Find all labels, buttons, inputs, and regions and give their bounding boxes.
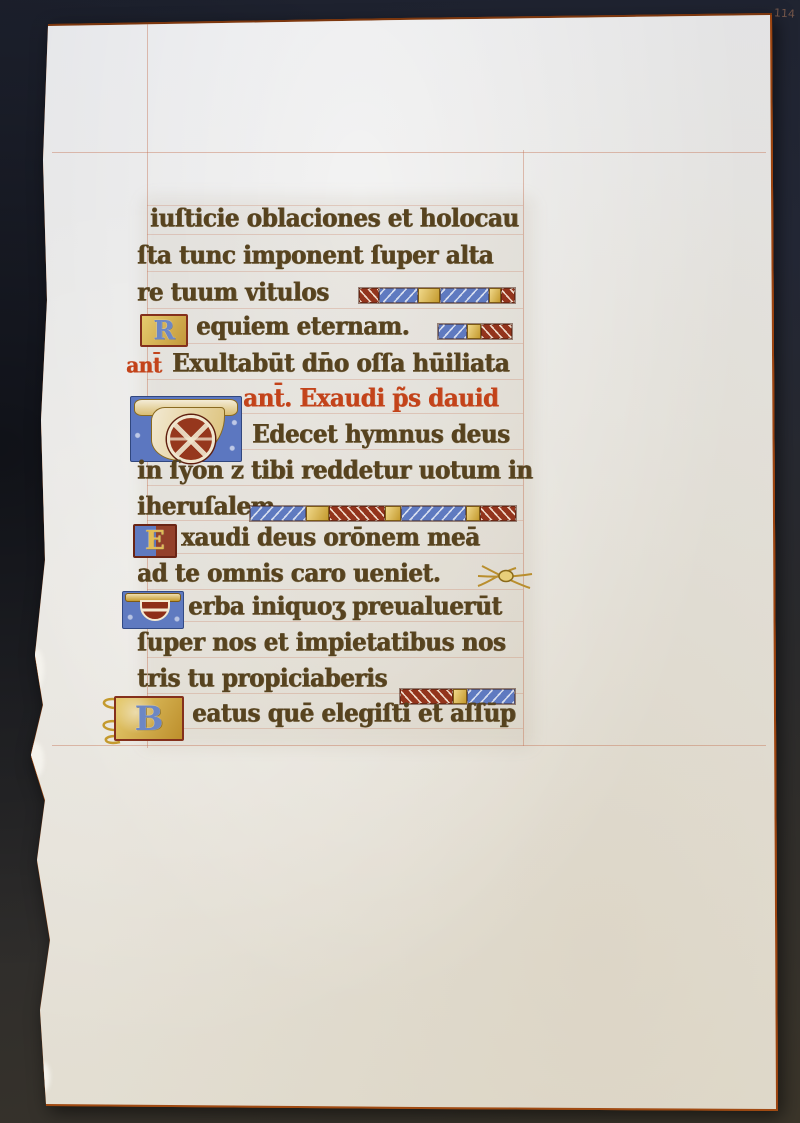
text-line: erba iniquoʒ preualuerūt bbox=[188, 592, 502, 621]
filler-segment bbox=[501, 288, 515, 303]
ruling-line bbox=[52, 152, 766, 153]
text-line: Edecet hymnus deus bbox=[252, 420, 510, 449]
initial-letter: E bbox=[145, 526, 165, 556]
text-line: tris tu propiciaberis bbox=[137, 664, 387, 693]
filler-segment bbox=[359, 288, 379, 303]
illuminated-initial-T bbox=[130, 396, 242, 462]
filler-segment bbox=[480, 506, 516, 521]
manuscript-leaf: iuſticie oblaciones et holocau ſta tunc … bbox=[0, 0, 800, 1123]
deckle-tear bbox=[26, 742, 44, 778]
ruling-line bbox=[147, 271, 523, 272]
ruling-line bbox=[147, 343, 523, 344]
text-line: re tuum vitulos bbox=[137, 278, 329, 307]
filler-segment bbox=[306, 506, 330, 521]
filler-segment bbox=[440, 288, 489, 303]
initial-letter: R bbox=[153, 316, 175, 346]
filler-segment bbox=[385, 506, 401, 521]
filler-segment bbox=[466, 506, 480, 521]
filler-segment bbox=[379, 288, 418, 303]
filler-segment bbox=[401, 506, 467, 521]
text-line: iuſticie oblaciones et holocau bbox=[150, 204, 519, 233]
illuminated-initial-E: E bbox=[133, 524, 177, 558]
filler-segment bbox=[418, 288, 440, 303]
deckle-tear bbox=[28, 648, 44, 690]
text-line: eatus quē elegiſti et aſſūp bbox=[192, 699, 515, 728]
text-line: ſta tunc imponent ſuper alta bbox=[137, 241, 493, 270]
rubric-abbrev: ant̄ bbox=[126, 352, 162, 378]
filler-segment bbox=[489, 288, 501, 303]
text-line: equiem eternam. bbox=[196, 312, 409, 341]
text-line: ad te omnis caro ueniet. bbox=[137, 559, 440, 588]
filler-segment bbox=[438, 324, 467, 339]
text-line: in ſyon z tibi reddetur uotum in bbox=[137, 456, 532, 485]
line-filler bbox=[358, 287, 516, 304]
photo-mat-background: iuſticie oblaciones et holocau ſta tunc … bbox=[0, 0, 800, 1123]
text-line: xaudi deus orōnem meā bbox=[181, 523, 480, 552]
line-filler bbox=[437, 323, 513, 340]
gold-flourish bbox=[476, 562, 534, 592]
initial-letter: B bbox=[135, 699, 164, 739]
filler-segment bbox=[250, 506, 306, 521]
illuminated-initial-B: B bbox=[114, 696, 184, 741]
leaf-edge-stain: iuſticie oblaciones et holocau ſta tunc … bbox=[0, 0, 800, 1123]
deckle-tear bbox=[36, 1062, 50, 1092]
ruling-line bbox=[147, 234, 523, 235]
ruling-line bbox=[147, 553, 523, 554]
rubric-line: ant̄. Exaudi p̃s dauid bbox=[243, 384, 499, 413]
illuminated-initial-R: R bbox=[140, 314, 188, 347]
ruling-line bbox=[52, 745, 766, 746]
folio-number: 114 bbox=[774, 6, 796, 20]
ruling-line bbox=[147, 308, 523, 309]
ruling-line bbox=[147, 589, 523, 590]
illuminated-initial-V: V bbox=[122, 591, 184, 629]
ruling-line bbox=[147, 379, 523, 380]
ruling-line bbox=[523, 150, 524, 746]
filler-segment bbox=[467, 324, 481, 339]
text-line: Exultabūt dn̄o oſſa hūiliata bbox=[172, 349, 509, 378]
text-line: ſuper nos et impietatibus nos bbox=[137, 628, 505, 657]
line-filler bbox=[249, 505, 517, 522]
filler-segment bbox=[481, 324, 512, 339]
filler-segment bbox=[329, 506, 385, 521]
